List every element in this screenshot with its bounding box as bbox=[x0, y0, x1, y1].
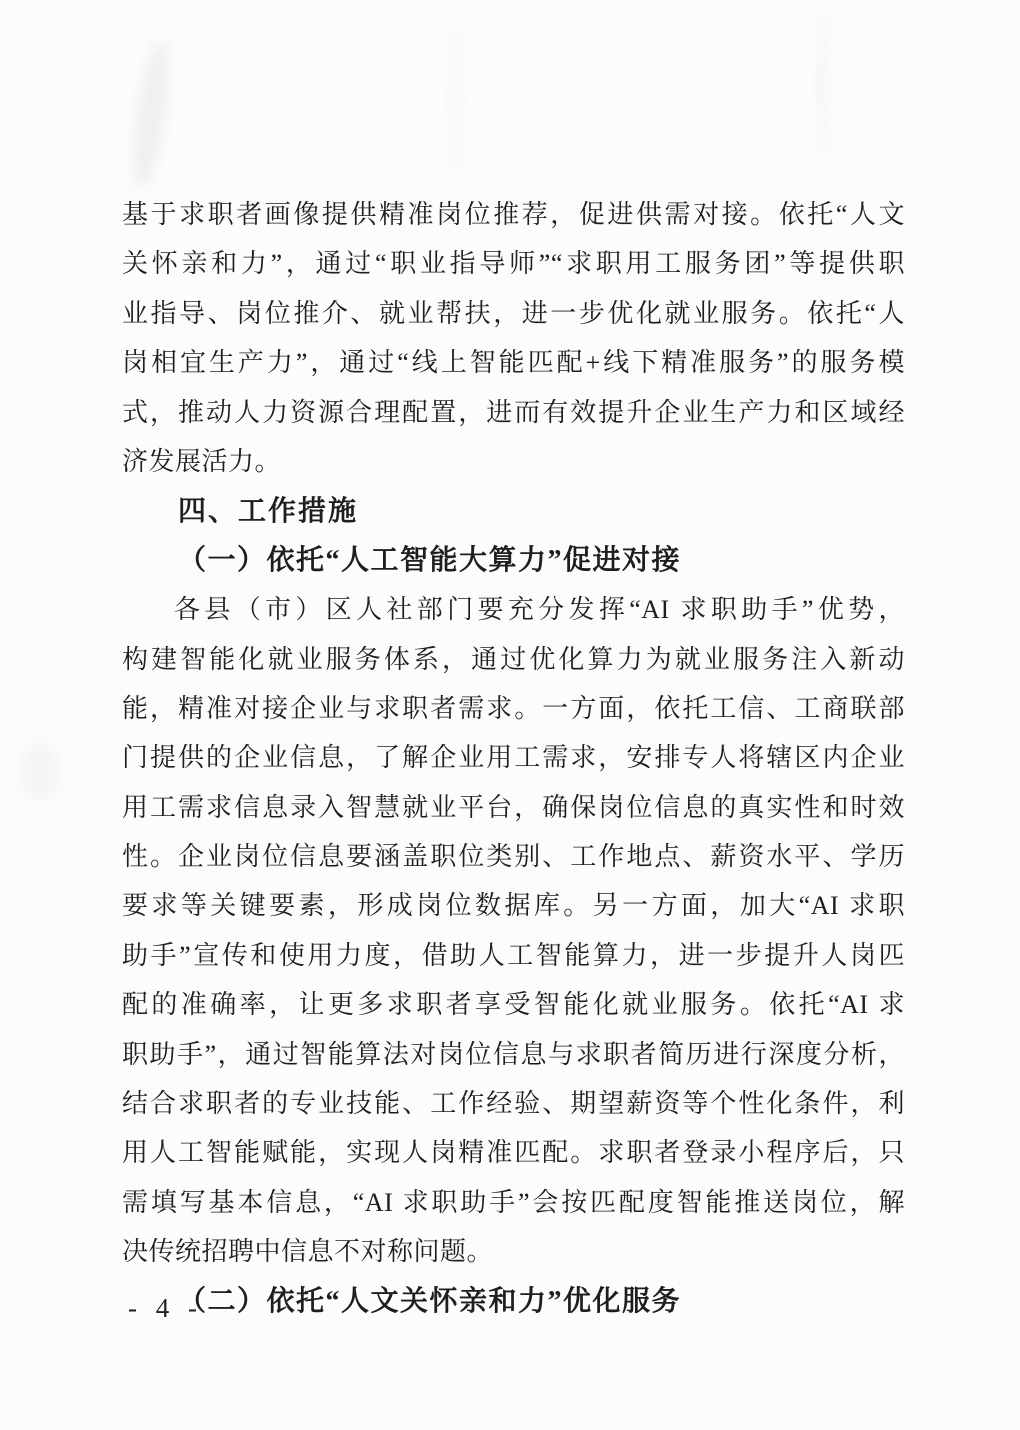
text-line: 助手”宣传和使用力度，借助人工智能算力，进一步提升人岗匹 bbox=[122, 931, 905, 980]
text-line: 用人工智能赋能，实现人岗精准匹配。求职者登录小程序后，只 bbox=[122, 1128, 905, 1177]
text-line: 门提供的企业信息，了解企业用工需求，安排专人将辖区内企业 bbox=[122, 733, 905, 782]
text-line: 关怀亲和力”，通过“职业指导师”“求职用工服务团”等提供职 bbox=[122, 239, 905, 288]
text-line: 各县（市）区人社部门要充分发挥“AI 求职助手”优势， bbox=[122, 585, 905, 634]
text-line: 能，精准对接企业与求职者需求。一方面，依托工信、工商联部 bbox=[122, 684, 905, 733]
text-line: 岗相宜生产力”，通过“线上智能匹配+线下精准服务”的服务模 bbox=[122, 338, 905, 387]
text-line: 式，推动人力资源合理配置，进而有效提升企业生产力和区域经 bbox=[122, 388, 905, 437]
subsection-heading-1: （一）依托“人工智能大算力”促进对接 bbox=[122, 536, 905, 585]
text-line: 用工需求信息录入智慧就业平台，确保岗位信息的真实性和时效 bbox=[122, 783, 905, 832]
text-line: 性。企业岗位信息要涵盖职位类别、工作地点、薪资水平、学历 bbox=[122, 832, 905, 881]
text-line: 基于求职者画像提供精准岗位推荐，促进供需对接。依托“人文 bbox=[122, 190, 905, 239]
text-line: 要求等关键要素，形成岗位数据库。另一方面，加大“AI 求职 bbox=[122, 881, 905, 930]
text-line: 需填写基本信息，“AI 求职助手”会按匹配度智能推送岗位，解 bbox=[122, 1178, 905, 1227]
document-body: 基于求职者画像提供精准岗位推荐，促进供需对接。依托“人文 关怀亲和力”，通过“职… bbox=[122, 190, 905, 1326]
text-line: 决传统招聘中信息不对称问题。 bbox=[122, 1227, 905, 1276]
text-line: 构建智能化就业服务体系，通过优化算力为就业服务注入新动 bbox=[122, 635, 905, 684]
text-line: 业指导、岗位推介、就业帮扶，进一步优化就业服务。依托“人 bbox=[122, 289, 905, 338]
scan-smudge bbox=[818, 10, 828, 160]
text-line: 配的准确率，让更多求职者享受智能化就业服务。依托“AI 求 bbox=[122, 980, 905, 1029]
page-number: - 4 - bbox=[128, 1293, 203, 1324]
section-heading-4: 四、工作措施 bbox=[122, 486, 905, 535]
text-line: 济发展活力。 bbox=[122, 437, 905, 486]
scan-smudge bbox=[20, 740, 60, 800]
text-line: 职助手”，通过智能算法对岗位信息与求职者简历进行深度分析， bbox=[122, 1030, 905, 1079]
text-line: 结合求职者的专业技能、工作经验、期望薪资等个性化条件，利 bbox=[122, 1079, 905, 1128]
subsection-heading-2: （二）依托“人文关怀亲和力”优化服务 bbox=[122, 1277, 905, 1326]
document-page: 基于求职者画像提供精准岗位推荐，促进供需对接。依托“人文 关怀亲和力”，通过“职… bbox=[0, 0, 1020, 1430]
scan-smudge bbox=[450, 20, 462, 180]
scan-smudge bbox=[128, 39, 175, 191]
